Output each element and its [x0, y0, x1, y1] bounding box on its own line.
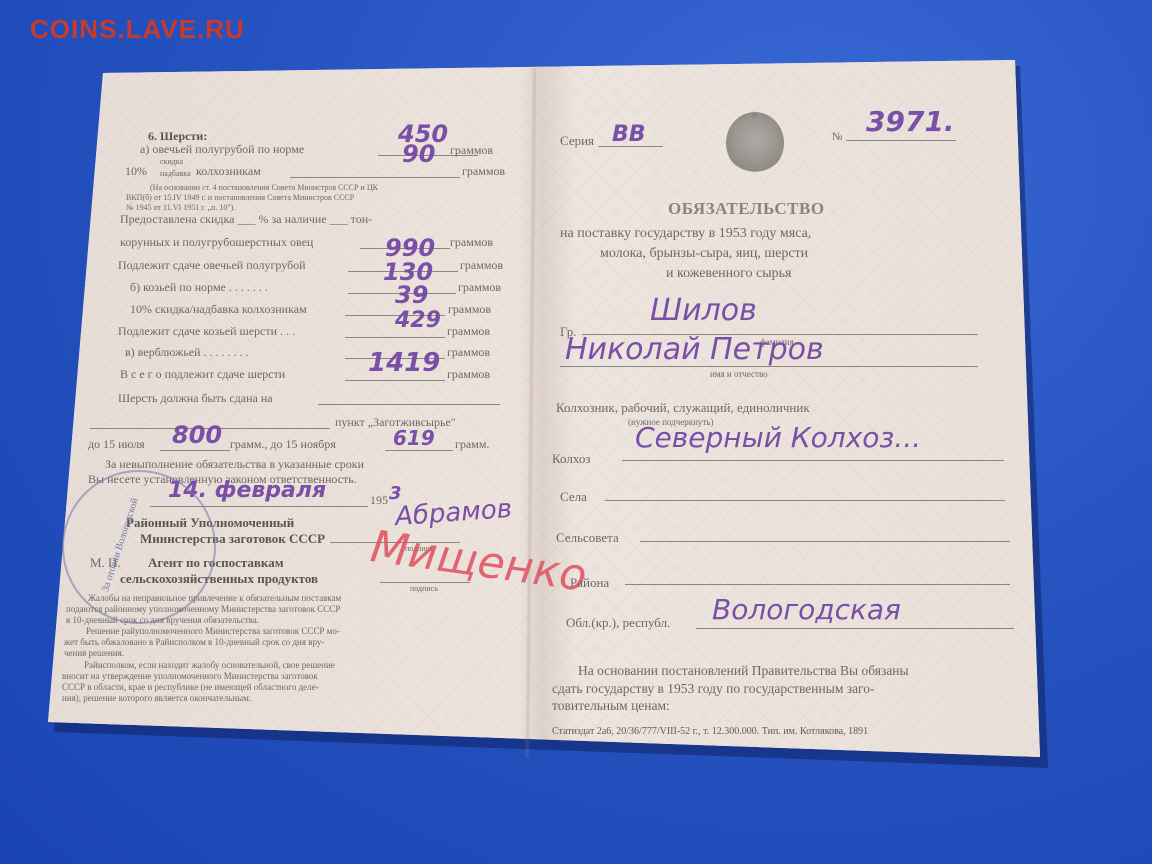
district-field — [625, 584, 1010, 585]
surname-value: Шилов — [650, 296, 757, 326]
region-value: Вологодская — [712, 596, 901, 624]
region-label: Обл.(кр.), республ. — [566, 616, 670, 629]
selsovet-field — [640, 541, 1010, 542]
goat-total-value: 429 — [395, 310, 441, 332]
liability-line-1: За невыполнение обязательства в указанны… — [105, 458, 364, 470]
unit-grams: граммов — [450, 236, 493, 248]
field-line — [385, 450, 453, 451]
unit-grams: граммов — [458, 281, 501, 293]
deadline-july-value: 800 — [172, 423, 222, 447]
district-label: Района — [570, 576, 609, 589]
printer-imprint: Статиздат 2а6, 20/36/777/VIII-52 г., т. … — [552, 727, 868, 737]
name-value: Николай Петров — [565, 335, 824, 365]
series-label: Серия — [560, 134, 594, 147]
village-field — [605, 500, 1005, 501]
deadline-november-unit: грамм. — [455, 438, 489, 450]
row-label: Подлежит сдаче козьей шерсти . . . — [118, 325, 295, 337]
row-label: Подлежит сдаче овечьей полугрубой — [118, 259, 306, 271]
complaints-line: вносит на утверждение уполномоченного Ми… — [62, 672, 318, 681]
row-label: корунных и полугрубошерстных овец — [120, 236, 313, 248]
complaints-line: чения решения. — [64, 649, 124, 658]
note-line-1: (На основании ст. 4 постановления Совета… — [150, 184, 378, 192]
subtitle-line-1: на поставку государству в 1953 году мяса… — [560, 227, 811, 241]
subtitle-line-2: молока, брынзы-сыра, яиц, шерсти — [600, 247, 808, 261]
deadline-july-unit: грамм., до 15 ноября — [230, 438, 336, 450]
goat-discount-value: 39 — [395, 283, 428, 307]
site-watermark: COINS.LAVE.RU — [30, 14, 245, 45]
series-value: ВВ — [612, 124, 646, 146]
row-label: а) овечьей полугрубой по норме — [140, 143, 304, 155]
subtitle-line-3: и кожевенного сырья — [666, 267, 792, 281]
row-label: В с е г о подлежит сдаче шерсти — [120, 368, 285, 380]
village-label: Села — [560, 490, 587, 503]
unit-grams: граммов — [447, 368, 490, 380]
row-label: в) верблюжьей . . . . . . . . — [125, 346, 249, 358]
fraction-bottom: надбавка — [160, 170, 191, 178]
sheep-discount-value: 90 — [402, 142, 435, 166]
row-label: Предоставлена скидка ___ % за наличие __… — [120, 213, 372, 225]
unit-grams: граммов — [448, 303, 491, 315]
note-line-2: ВКП(б) от 15.IV 1949 г. и постановления … — [126, 194, 354, 202]
complaints-line: подаются районному уполномоченному Минис… — [66, 605, 340, 614]
basis-line-3: товительным ценам: — [552, 699, 670, 713]
complaints-line: СССР в области, крае и республике (не им… — [62, 683, 319, 692]
field-line — [345, 380, 445, 381]
complaints-line: ния), решение которого является окончате… — [62, 694, 251, 703]
field-line — [318, 404, 500, 405]
field-line — [290, 177, 460, 178]
sheep-total-value: 990 — [385, 236, 435, 260]
field-line — [846, 140, 956, 141]
field-line — [696, 628, 1014, 629]
wool-section-title: 6. Шерсти: — [148, 130, 207, 142]
signature-caption: подпись — [410, 585, 438, 593]
delivery-label: Шерсть должна быть сдана на — [118, 392, 273, 404]
field-line — [160, 450, 230, 451]
number-label: № — [832, 132, 843, 143]
basis-line-1: На основании постановлений Правительства… — [578, 664, 909, 678]
unit-grams: граммов — [462, 165, 505, 177]
wool-grand-total-value: 1419 — [368, 350, 440, 376]
complaints-line: жет быть обжаловано в Райисполком в 10-д… — [64, 638, 324, 647]
name-caption: имя и отчество — [710, 370, 768, 379]
complaints-line: Райисполком, если находит жалобу основат… — [84, 661, 335, 670]
row-label: 10% скидка/надбавка колхозникам — [130, 303, 307, 315]
field-line — [622, 460, 1004, 461]
year-prefix: 195 — [370, 494, 388, 506]
document-title: ОБЯЗАТЕЛЬСТВО — [668, 200, 825, 217]
basis-line-2: сдать государству в 1953 году по государ… — [552, 682, 875, 696]
complaints-line: в 10-дневный срок со дня вручения обязат… — [66, 616, 259, 625]
signature-official: Абрамов — [394, 496, 513, 530]
complaints-line: Жалобы на неправильное привлечение к обя… — [88, 594, 341, 603]
unit-grams: граммов — [450, 144, 493, 156]
unit-grams: граммов — [447, 325, 490, 337]
status-options: Колхозник, рабочий, служащий, единолични… — [556, 401, 810, 414]
row-label: б) козьей по норме . . . . . . . — [130, 281, 268, 293]
deadline-july-label: до 15 июля — [88, 438, 145, 450]
selsovet-label: Сельсовета — [556, 531, 619, 544]
fraction-top: скидка — [160, 158, 183, 166]
ussr-emblem-icon: ★ — [726, 112, 784, 174]
unit-grams: граммов — [460, 259, 503, 271]
kolkhoz-value: Северный Колхоз... — [635, 424, 921, 452]
note-line-3: № 1945 от 11.VI 1951 г. „п. 10"). — [126, 204, 235, 212]
year-suffix: 3 — [389, 485, 402, 503]
field-line — [345, 337, 445, 338]
kolkhoz-label: Колхоз — [552, 452, 590, 465]
unit-grams: граммов — [447, 346, 490, 358]
deadline-november-value: 619 — [393, 428, 435, 448]
complaints-line: Решение райуполномоченного Министерства … — [86, 627, 340, 636]
document-number: 3971. — [866, 108, 955, 136]
